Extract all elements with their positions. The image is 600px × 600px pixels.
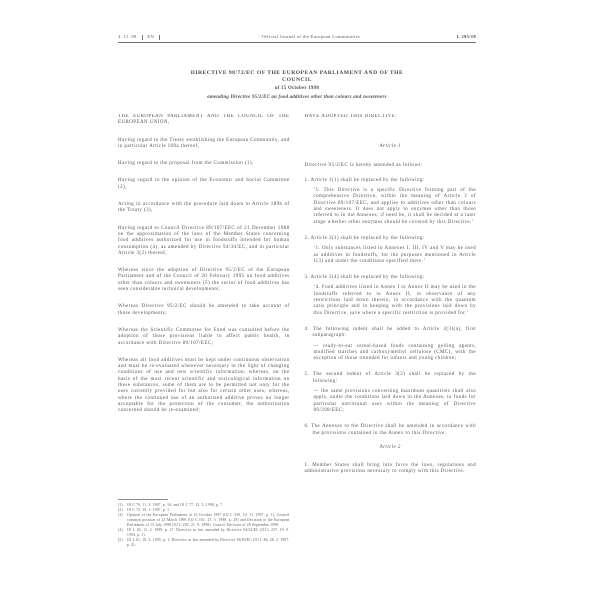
amendment-intro: 2. Article 2(1) shall be replaced by the…	[305, 236, 477, 242]
footnote-text: OJ C 75, 10. 3. 1997, p. 1.	[127, 508, 290, 513]
footnote: (4) OJ L 40, 11. 2. 1989, p. 27. Directi…	[118, 528, 290, 537]
footnote-marker: (5)	[118, 538, 125, 547]
amendment-indent: — the same provisions concerning maximum…	[314, 389, 477, 414]
footnote: (2) OJ C 75, 10. 3. 1997, p. 1.	[118, 508, 290, 513]
preamble-paragraph: Acting in accordance with the procedure …	[118, 202, 290, 215]
journal-title: Official Journal of the European Communi…	[165, 34, 457, 40]
footnote-rule	[118, 499, 168, 500]
footnote-text: OJ C 76, 11. 3. 1997, p. 34, and OJ C 77…	[127, 503, 290, 508]
document-body: THE EUROPEAN PARLIAMENT AND THE COUNCIL …	[118, 114, 476, 548]
preamble-paragraph: Having regard to Council Directive 89/10…	[118, 226, 290, 257]
preamble-paragraph: Whereas all food additives must be kept …	[118, 358, 290, 415]
amendment-item: 1. Article 1(1) shall be replaced by the…	[305, 178, 477, 226]
article-1-intro: Directive 95/2/EC is hereby amended as f…	[305, 163, 477, 169]
amendment-intro: 1. Article 1(1) shall be replaced by the…	[305, 178, 477, 184]
amendment-intro: 6. The Annexes to the Directive shall be…	[305, 424, 477, 437]
footnote-marker: (4)	[118, 528, 125, 537]
left-column: THE EUROPEAN PARLIAMENT AND THE COUNCIL …	[118, 114, 290, 548]
footnote-text: OJ L 40, 11. 2. 1989, p. 27. Directive a…	[127, 528, 290, 537]
footnote: (1) OJ C 76, 11. 3. 1997, p. 34, and OJ …	[118, 503, 290, 508]
amendment-item: 5. The second indent of Article 3(2) sha…	[305, 372, 477, 414]
preamble-paragraph: Having regard to the proposal from the C…	[118, 161, 290, 167]
footnote: (5) OJ L 61, 18. 3. 1995, p. 1. Directiv…	[118, 538, 290, 547]
article-2-paragraph: 1. Member States shall bring into force …	[305, 463, 477, 476]
document-title-block: DIRECTIVE 98/72/EC OF THE EUROPEAN PARLI…	[118, 70, 476, 100]
amendment-intro: 4. The following indent shall be added t…	[305, 327, 477, 340]
page-header: 4. 11. 98 EN Official Journal of the Eur…	[118, 34, 476, 43]
footnote-marker: (1)	[118, 503, 125, 508]
amendment-indent: — ready-to-eat cereal-based foods contai…	[314, 344, 477, 363]
directive-title: DIRECTIVE 98/72/EC OF THE EUROPEAN PARLI…	[176, 70, 418, 84]
amendment-quote: ‘1. This Directive is a specific Directi…	[314, 188, 477, 226]
scanned-journal-page: 4. 11. 98 EN Official Journal of the Eur…	[0, 0, 600, 600]
amendment-item: 6. The Annexes to the Directive shall be…	[305, 424, 477, 437]
footnote: (3) Opinion of the European Parliament o…	[118, 513, 290, 527]
amendment-item: 2. Article 2(1) shall be replaced by the…	[305, 236, 477, 265]
footnote-marker: (2)	[118, 508, 125, 513]
right-column: HAVE ADOPTED THIS DIRECTIVE: Article 1 D…	[305, 114, 477, 548]
footnote-text: Opinion of the European Parliament of 23…	[127, 513, 290, 527]
amendment-item: 4. The following indent shall be added t…	[305, 327, 477, 362]
amendment-quote: ‘4. Food additives listed in Annex I or …	[314, 285, 477, 316]
amendment-intro: 5. The second indent of Article 3(2) sha…	[305, 372, 477, 385]
preamble-paragraph: Whereas the Scientific Committee for Foo…	[118, 328, 290, 347]
preamble-paragraph: Whereas Directive 95/2/EC should be amen…	[118, 304, 290, 317]
preamble-paragraph: Having regard to the opinion of the Econ…	[118, 178, 290, 191]
adopted-line: HAVE ADOPTED THIS DIRECTIVE:	[305, 114, 477, 120]
article-1-heading: Article 1	[305, 144, 477, 150]
article-2-heading: Article 2	[305, 445, 477, 451]
footnote-text: OJ L 61, 18. 3. 1995, p. 1. Directive as…	[127, 538, 290, 547]
footnote-marker: (3)	[118, 513, 125, 527]
header-page-reference: L 295/18	[457, 34, 476, 40]
amendment-quote: ‘1. Only substances listed in Annexes I,…	[314, 246, 477, 265]
amendment-intro: 3. Article 2(4) shall be replaced by the…	[305, 275, 477, 281]
preamble-opening: THE EUROPEAN PARLIAMENT AND THE COUNCIL …	[118, 114, 290, 127]
header-separator	[142, 35, 143, 40]
header-date: 4. 11. 98	[118, 34, 137, 40]
footnote-block: (1) OJ C 76, 11. 3. 1997, p. 34, and OJ …	[118, 499, 290, 548]
header-separator	[159, 35, 160, 40]
header-language-code: EN	[147, 34, 154, 40]
header-row: 4. 11. 98 EN Official Journal of the Eur…	[118, 34, 476, 40]
amendment-item: 3. Article 2(4) shall be replaced by the…	[305, 275, 477, 317]
directive-date: of 15 October 1998	[118, 86, 476, 91]
directive-subject: amending Directive 95/2/EC on food addit…	[118, 95, 476, 100]
header-rule	[118, 42, 476, 43]
preamble-paragraph: Having regard to the Treaty establishing…	[118, 138, 290, 151]
preamble-paragraph: Whereas since the adoption of Directive …	[118, 268, 290, 293]
